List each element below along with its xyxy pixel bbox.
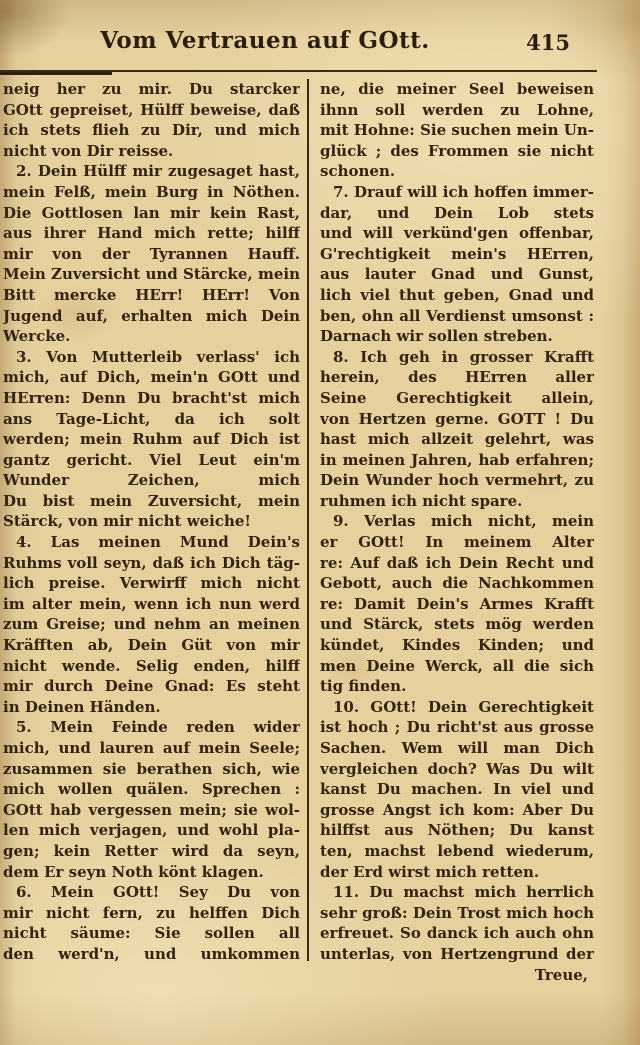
text-line: kanst Du machen. In viel und xyxy=(320,779,594,800)
text-line: und Stärck, stets mög werden ver- xyxy=(320,614,594,635)
text-line: zum Greise; und nehm an meinen xyxy=(3,614,300,635)
text-line: Bitt mercke HErr! HErr! Von xyxy=(3,285,300,306)
page-number: 415 xyxy=(526,30,570,55)
header-rule-thick-segment xyxy=(0,72,112,75)
text-line: Die Gottlosen lan mir kein Rast, xyxy=(3,203,300,224)
left-column: neig her zu mir. Du starckerGOtt gepreis… xyxy=(3,79,300,965)
text-line: dar, und Dein Lob stets vermehren; xyxy=(320,203,594,224)
text-line: hast mich allzeit gelehrt, was ich xyxy=(320,429,594,450)
text-line: nicht säume: Sie sollen all zuschan- xyxy=(3,923,300,944)
text-line: den werd'n, und umkommen gemei- xyxy=(3,944,300,965)
header-rule xyxy=(0,70,597,72)
text-line: und will verkünd'gen offenbar, die xyxy=(320,223,594,244)
text-line: Mein Zuversicht und Stärcke, mein xyxy=(3,264,300,285)
text-line: herein, des HErren aller HErren; xyxy=(320,367,594,388)
text-line: Treue, xyxy=(320,965,594,986)
text-line: Dein Wunder hoch vermehrt, zu xyxy=(320,470,594,491)
text-line: 7. Drauf will ich hoffen immer- xyxy=(320,182,594,203)
text-line: GOtt gepreiset, Hülff beweise, daß xyxy=(3,100,300,121)
text-line: mir durch Deine Gnad: Es steht xyxy=(3,676,300,697)
text-line: nicht von Dir reisse. xyxy=(3,141,300,162)
text-line: sehr groß: Dein Trost mich hoch xyxy=(320,903,594,924)
text-line: Sachen. Wem will man Dich xyxy=(320,738,594,759)
text-line: ans Tage-Licht, da ich solt gebohr'n xyxy=(3,409,300,430)
text-line: schonen. xyxy=(320,161,594,182)
text-line: aus ihrer Hand mich rette; hilff xyxy=(3,223,300,244)
text-line: mich, und lauren auf mein Seele; xyxy=(3,738,300,759)
text-line: in Deinen Händen. xyxy=(3,697,300,718)
text-line: werden; mein Ruhm auf Dich ist xyxy=(3,429,300,450)
text-line: hilffst aus Nöthen; Du kanst töd- xyxy=(320,820,594,841)
text-line: 2. Dein Hülff mir zugesaget hast, xyxy=(3,161,300,182)
text-line: der Erd wirst mich retten. xyxy=(320,862,594,883)
text-line: ist hoch ; Du richt'st aus grosse xyxy=(320,717,594,738)
text-line: ruhmen ich nicht spare. xyxy=(320,491,594,512)
text-line: unterlas, von Hertzengrund der xyxy=(320,944,594,965)
text-line: Seine Gerechtigkeit allein, preiß ich xyxy=(320,388,594,409)
text-line: nicht wende. Selig enden, hilff xyxy=(3,656,300,677)
text-line: vergleichen doch? Was Du wilt xyxy=(320,759,594,780)
text-columns: neig her zu mir. Du starckerGOtt gepreis… xyxy=(3,79,597,985)
text-line: men Deine Werck, all die sich künff- xyxy=(320,656,594,677)
text-line: Wercke. xyxy=(3,326,300,347)
text-line: mich wollen quälen. Sprechen : xyxy=(3,779,300,800)
text-line: gen; kein Retter wird da seyn, xyxy=(3,841,300,862)
text-line: Kräfften ab, Dein Güt von mir xyxy=(3,635,300,656)
text-line: G'rechtigkeit mein's HErren, wie Er xyxy=(320,244,594,265)
column-divider-rule xyxy=(307,79,309,961)
text-line: mir nicht fern, zu helffen Dich xyxy=(3,903,300,924)
text-line: zusammen sie berathen sich, wie sie xyxy=(3,759,300,780)
text-line: neig her zu mir. Du starcker xyxy=(3,79,300,100)
text-line: re: Auf daß ich Dein Recht und xyxy=(320,553,594,574)
text-line: 8. Ich geh in grosser Krafft xyxy=(320,347,594,368)
text-line: 4. Las meinen Mund Dein's xyxy=(3,532,300,553)
text-line: dem Er seyn Noth könt klagen. xyxy=(3,862,300,883)
running-title: Vom Vertrauen auf GOtt. xyxy=(30,27,500,54)
text-line: mir von der Tyrannen Hauff. xyxy=(3,244,300,265)
text-line: 10. GOtt! Dein Gerechtigkeit xyxy=(320,697,594,718)
text-line: len mich verjagen, und wohl pla- xyxy=(3,820,300,841)
text-line: Du bist mein Zuversicht, mein xyxy=(3,491,300,512)
text-line: ten, machst lebend wiederum, aus xyxy=(320,841,594,862)
text-line: ne, die meiner Seel beweisen Tück; xyxy=(320,79,594,100)
text-line: kündet, Kindes Kinden; und rüh- xyxy=(320,635,594,656)
right-column: ne, die meiner Seel beweisen Tück;ihnn s… xyxy=(320,79,594,985)
text-line: Darnach wir sollen streben. xyxy=(320,326,594,347)
text-line: grosse Angst ich kom: Aber Du xyxy=(320,800,594,821)
text-line: aus lauter Gnad und Gunst, unzeh- xyxy=(320,264,594,285)
text-line: ihnn soll werden zu Lohne, Schand xyxy=(320,100,594,121)
book-page: Vom Vertrauen auf GOtt. 415 neig her zu … xyxy=(0,0,640,1045)
text-line: re: Damit Dein's Armes Krafft xyxy=(320,594,594,615)
text-line: Ruhms voll seyn, daß ich Dich täg- xyxy=(3,553,300,574)
text-line: 6. Mein GOtt! Sey Du von xyxy=(3,882,300,903)
text-line: er GOtt! In meinem Alter schwe- xyxy=(320,532,594,553)
text-line: 9. Verlas mich nicht, mein treu- xyxy=(320,511,594,532)
text-line: ben, ohn all Verdienst umsonst : xyxy=(320,306,594,327)
text-line: in meinen Jahren, hab erfahren; xyxy=(320,450,594,471)
text-line: mich, auf Dich, mein'n GOtt und xyxy=(3,367,300,388)
text-line: mein Felß, mein Burg in Nöthen. xyxy=(3,182,300,203)
text-line: gantz gericht. Viel Leut ein'm xyxy=(3,450,300,471)
text-line: lich viel thut geben, Gnad und Le- xyxy=(320,285,594,306)
text-line: von Hertzen gerne. GOTT ! Du xyxy=(320,409,594,430)
text-line: 3. Von Mutterleib verlass' ich xyxy=(3,347,300,368)
text-line: im alter mein, wenn ich nun werd xyxy=(3,594,300,615)
text-line: GOtt hab vergessen mein; sie wol- xyxy=(3,800,300,821)
text-line: tig finden. xyxy=(320,676,594,697)
text-line: erfreuet. So danck ich auch ohn xyxy=(320,923,594,944)
text-line: Gebott, auch die Nachkommen leh- xyxy=(320,573,594,594)
text-line: Jugend auf, erhalten mich Dein xyxy=(3,306,300,327)
text-line: ich stets flieh zu Dir, und mich xyxy=(3,120,300,141)
text-line: Wunder Zeichen, mich vergleichen. xyxy=(3,470,300,491)
text-line: 5. Mein Feinde reden wider xyxy=(3,717,300,738)
text-line: HErren: Denn Du bracht'st mich xyxy=(3,388,300,409)
text-line: glück ; des Frommen sie nicht xyxy=(320,141,594,162)
text-line: Stärck, von mir nicht weiche! xyxy=(3,511,300,532)
text-line: mit Hohne: Sie suchen mein Un- xyxy=(320,120,594,141)
text-line: 11. Du machst mich herrlich und xyxy=(320,882,594,903)
text-line: lich preise. Verwirff mich nicht xyxy=(3,573,300,594)
